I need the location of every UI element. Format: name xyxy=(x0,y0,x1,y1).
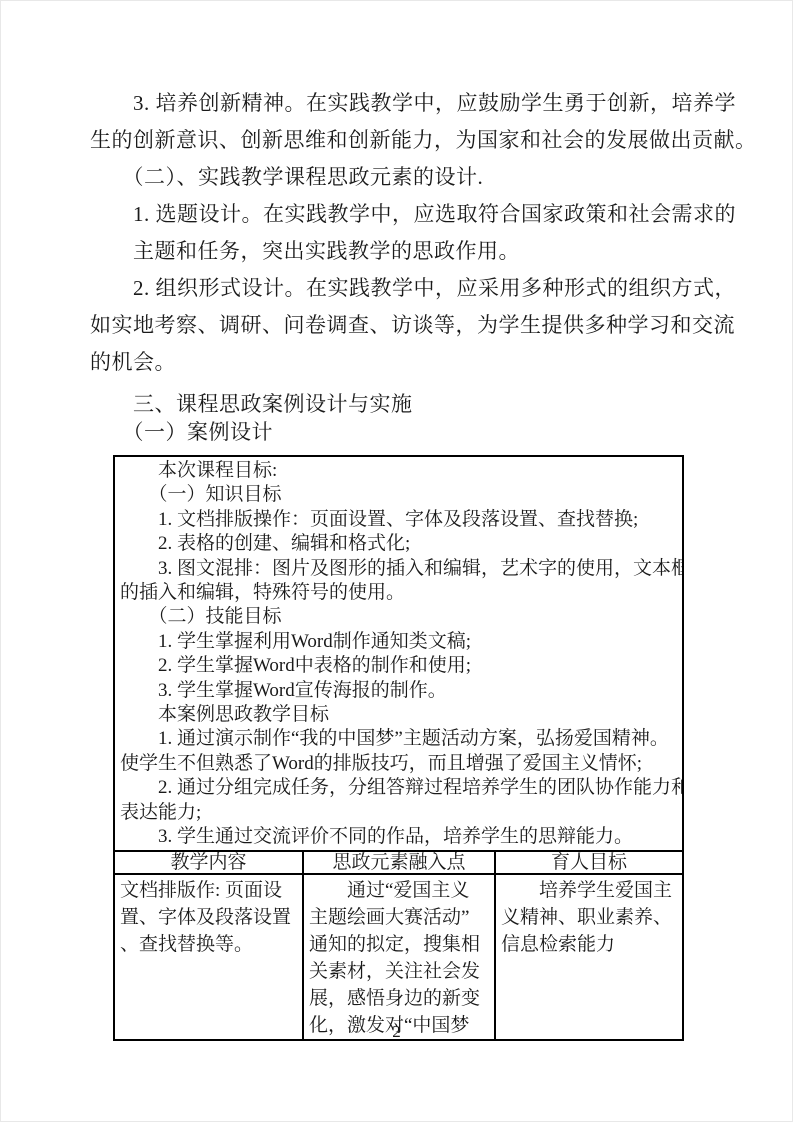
column-header-ideology-points: 思政元素融入点 xyxy=(303,851,495,874)
cell-teaching-content: 文档排版作: 页面设 置、字体及段落设置 、查找替换等。 xyxy=(114,874,303,1040)
column-header-education-goals: 育人目标 xyxy=(495,851,683,874)
cell-education-goals: 培养学生爱国主 义精神、职业素养、 信息检索能力 xyxy=(495,874,683,1040)
cell-ideology-points: 通过“爱国主义 主题绘画大赛活动” 通知的拟定，搜集相 关素材，关注社会发 展，… xyxy=(303,874,495,1040)
table-header-row: 教学内容 思政元素融入点 育人目标 xyxy=(114,851,683,874)
course-objectives-row: 本次课程目标: （一）知识目标 1. 文档排版操作：页面设置、字体及段落设置、查… xyxy=(114,456,683,851)
case-design-table: 本次课程目标: （一）知识目标 1. 文档排版操作：页面设置、字体及段落设置、查… xyxy=(113,455,684,1041)
document-page: 3. 培养创新精神。在实践教学中，应鼓励学生勇于创新，培养学 生的创新意识、创新… xyxy=(0,0,793,1122)
column-header-teaching-content: 教学内容 xyxy=(114,851,303,874)
table-row: 文档排版作: 页面设 置、字体及段落设置 、查找替换等。 通过“爱国主义 主题绘… xyxy=(114,874,683,1040)
course-objectives-cell: 本次课程目标: （一）知识目标 1. 文档排版操作：页面设置、字体及段落设置、查… xyxy=(114,456,683,851)
paragraph-practice-teaching: 3. 培养创新精神。在实践教学中，应鼓励学生勇于创新，培养学 生的创新意识、创新… xyxy=(90,85,708,381)
section-heading-case-design: 三、课程思政案例设计与实施 （一）案例设计 xyxy=(90,390,708,446)
page-number: 2 xyxy=(0,1022,793,1042)
